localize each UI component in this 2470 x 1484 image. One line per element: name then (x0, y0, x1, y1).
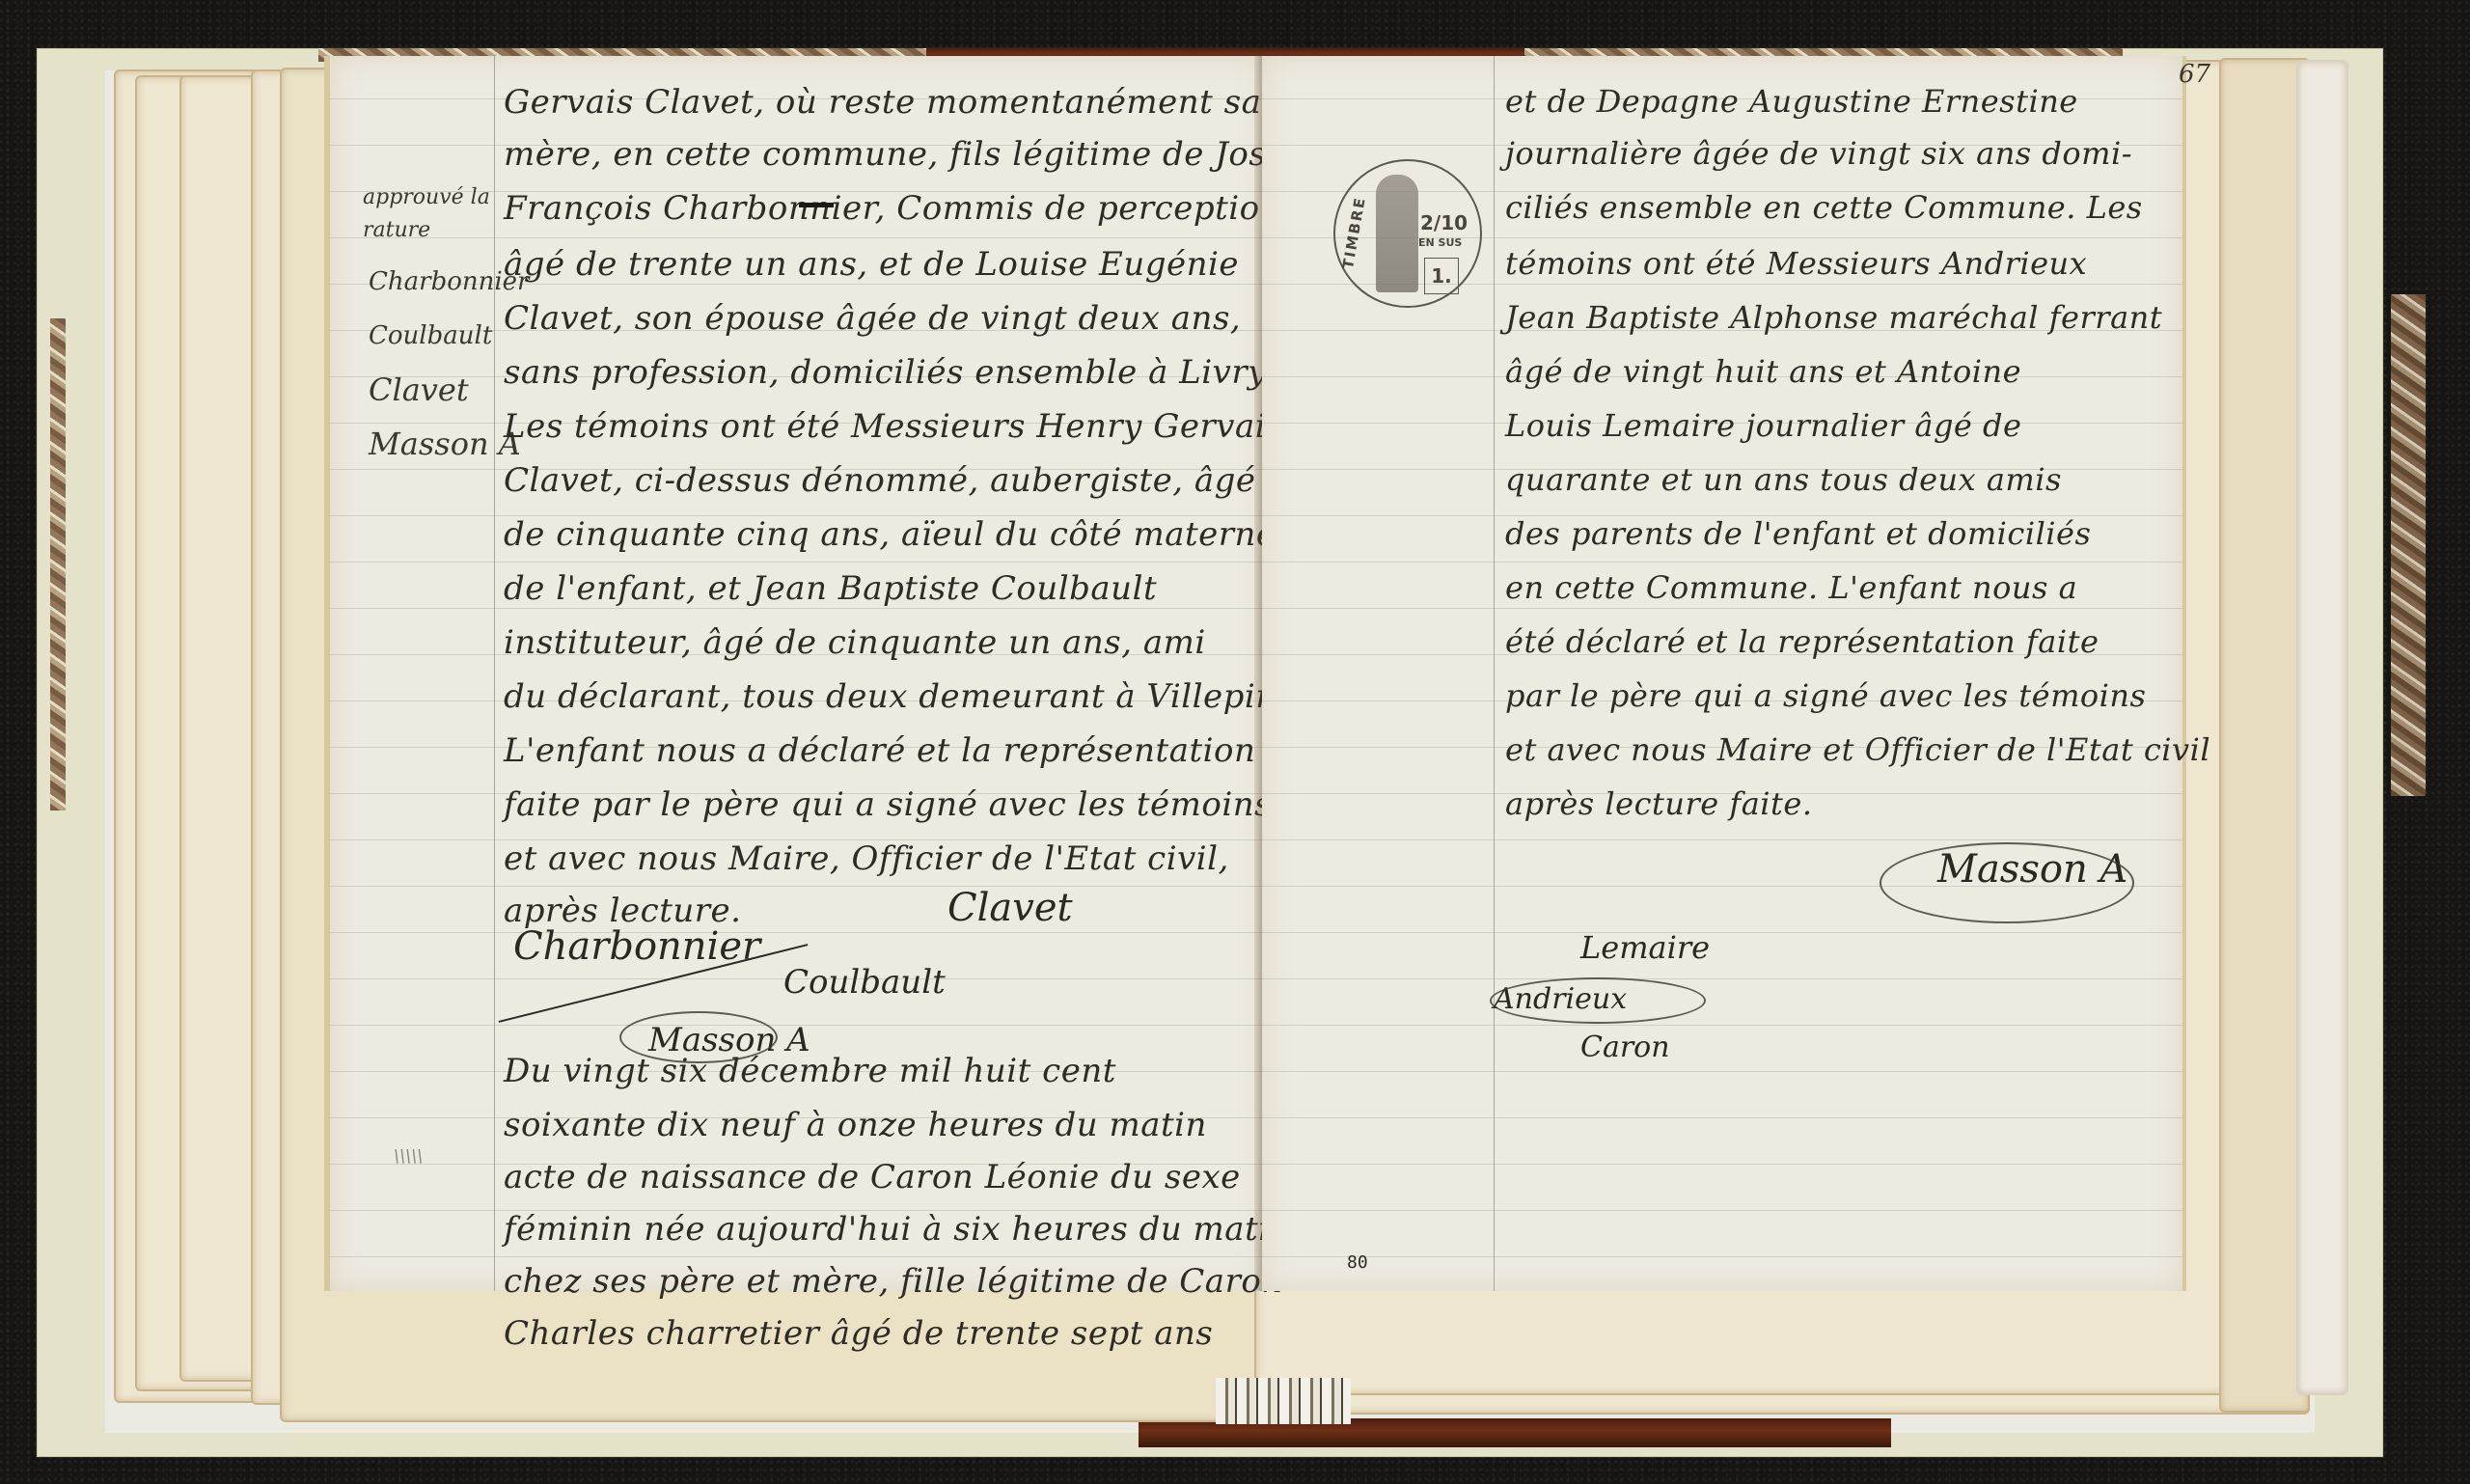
signature-charbonnier: Charbonnier (513, 924, 760, 969)
stamp-denomination: 1. (1424, 258, 1459, 294)
text-line: féminin née aujourd'hui à six heures du … (504, 1210, 1291, 1249)
text-line: Du vingt six décembre mil huit cent (504, 1052, 1116, 1090)
text-line: du déclarant, tous deux demeurant à Vill… (504, 677, 1310, 716)
pencil-marks: \\\\\ (394, 1140, 423, 1173)
left-page: approuvé la rature Charbonnier Coulbault… (324, 56, 1268, 1291)
text-line: Jean Baptiste Alphonse maréchal ferrant (1505, 299, 2162, 336)
signature-lemaire: Lemaire (1580, 929, 1710, 966)
signature-caron: Caron (1580, 1031, 1670, 1064)
signature-flourish (1490, 977, 1706, 1024)
justice-figure-icon (1376, 175, 1418, 292)
page-number: 80 (1347, 1252, 1368, 1273)
text-line: L'enfant nous a déclaré et la représenta… (504, 731, 1255, 770)
stamp-denomination-value: 1. (1431, 264, 1452, 288)
text-line: âgé de trente un ans, et de Louise Eugén… (504, 245, 1239, 284)
text-line: par le père qui a signé avec les témoins (1505, 677, 2146, 714)
text-line: chez ses père et mère, fille légitime de… (504, 1262, 1283, 1301)
margin-note-line: rature (363, 214, 490, 247)
text-line: de cinquante cinq ans, aïeul du côté mat… (504, 515, 1287, 554)
stamp-value-sub: EN SUS (1418, 236, 1462, 249)
text-line: âgé de vingt huit ans et Antoine (1505, 353, 2021, 390)
margin-note-line: approuvé la (363, 181, 490, 214)
stamp-word: TIMBRE (1339, 195, 1369, 270)
text-line: Louis Lemaire journalier âgé de (1505, 407, 2021, 444)
revenue-stamp: TIMBRE 2/10 EN SUS 1. (1333, 159, 1482, 308)
text-line: Les témoins ont été Messieurs Henry Gerv… (504, 407, 1283, 446)
text-line: François Charbonnier, Commis de percepti… (504, 189, 1281, 228)
text-line: quarante et un ans tous deux amis (1505, 461, 2062, 498)
text-line: soixante dix neuf à onze heures du matin (504, 1106, 1207, 1144)
signature-clavet: Clavet (947, 886, 1073, 930)
margin-rule (1494, 56, 1495, 1291)
folio-number: 67 (2179, 60, 2210, 89)
text-line: et avec nous Maire, Officier de l'Etat c… (504, 839, 1229, 878)
text-line: Clavet, ci-dessus dénommé, aubergiste, â… (504, 461, 1256, 500)
text-line: témoins ont été Messieurs Andrieux (1505, 245, 2087, 282)
text-line: été déclaré et la représentation faite (1505, 623, 2099, 660)
text-line: ciliés ensemble en cette Commune. Les (1505, 189, 2143, 226)
text-line: mère, en cette commune, fils légitime de… (504, 135, 1330, 174)
margin-approval-note: approuvé la rature (363, 181, 490, 247)
text-line: sans profession, domiciliés ensemble à L… (504, 353, 1278, 392)
text-line: Charles charretier âgé de trente sept an… (504, 1314, 1213, 1353)
spine-sewing-tabs (1216, 1378, 1351, 1424)
stamp-value: 2/10 (1420, 211, 1468, 234)
text-line: après lecture faite. (1505, 785, 1812, 822)
text-line: acte de naissance de Caron Léonie du sex… (504, 1158, 1241, 1196)
text-line: et avec nous Maire et Officier de l'Etat… (1505, 731, 2210, 768)
text-line: et de Depagne Augustine Ernestine (1505, 83, 2078, 120)
struck-out-text (799, 203, 834, 207)
signature-flourish (1880, 842, 2134, 923)
text-line: instituteur, âgé de cinquante un ans, am… (504, 623, 1206, 662)
marbled-endpaper-right (2391, 294, 2426, 796)
text-line: en cette Commune. L'enfant nous a (1505, 569, 2077, 606)
marbled-endpaper-left (50, 318, 66, 811)
text-line: faite par le père qui a signé avec les t… (504, 785, 1272, 824)
margin-rule (494, 56, 495, 1291)
right-blank-sheet (2296, 60, 2348, 1395)
text-line: de l'enfant, et Jean Baptiste Coulbault (504, 569, 1157, 608)
text-line: Clavet, son épouse âgée de vingt deux an… (504, 299, 1241, 338)
text-line: des parents de l'enfant et domiciliés (1505, 515, 2091, 552)
text-line: journalière âgée de vingt six ans domi- (1505, 135, 2132, 172)
text-line: Gervais Clavet, où reste momentanément s… (504, 83, 1261, 122)
signature-coulbault: Coulbault (783, 963, 946, 1002)
